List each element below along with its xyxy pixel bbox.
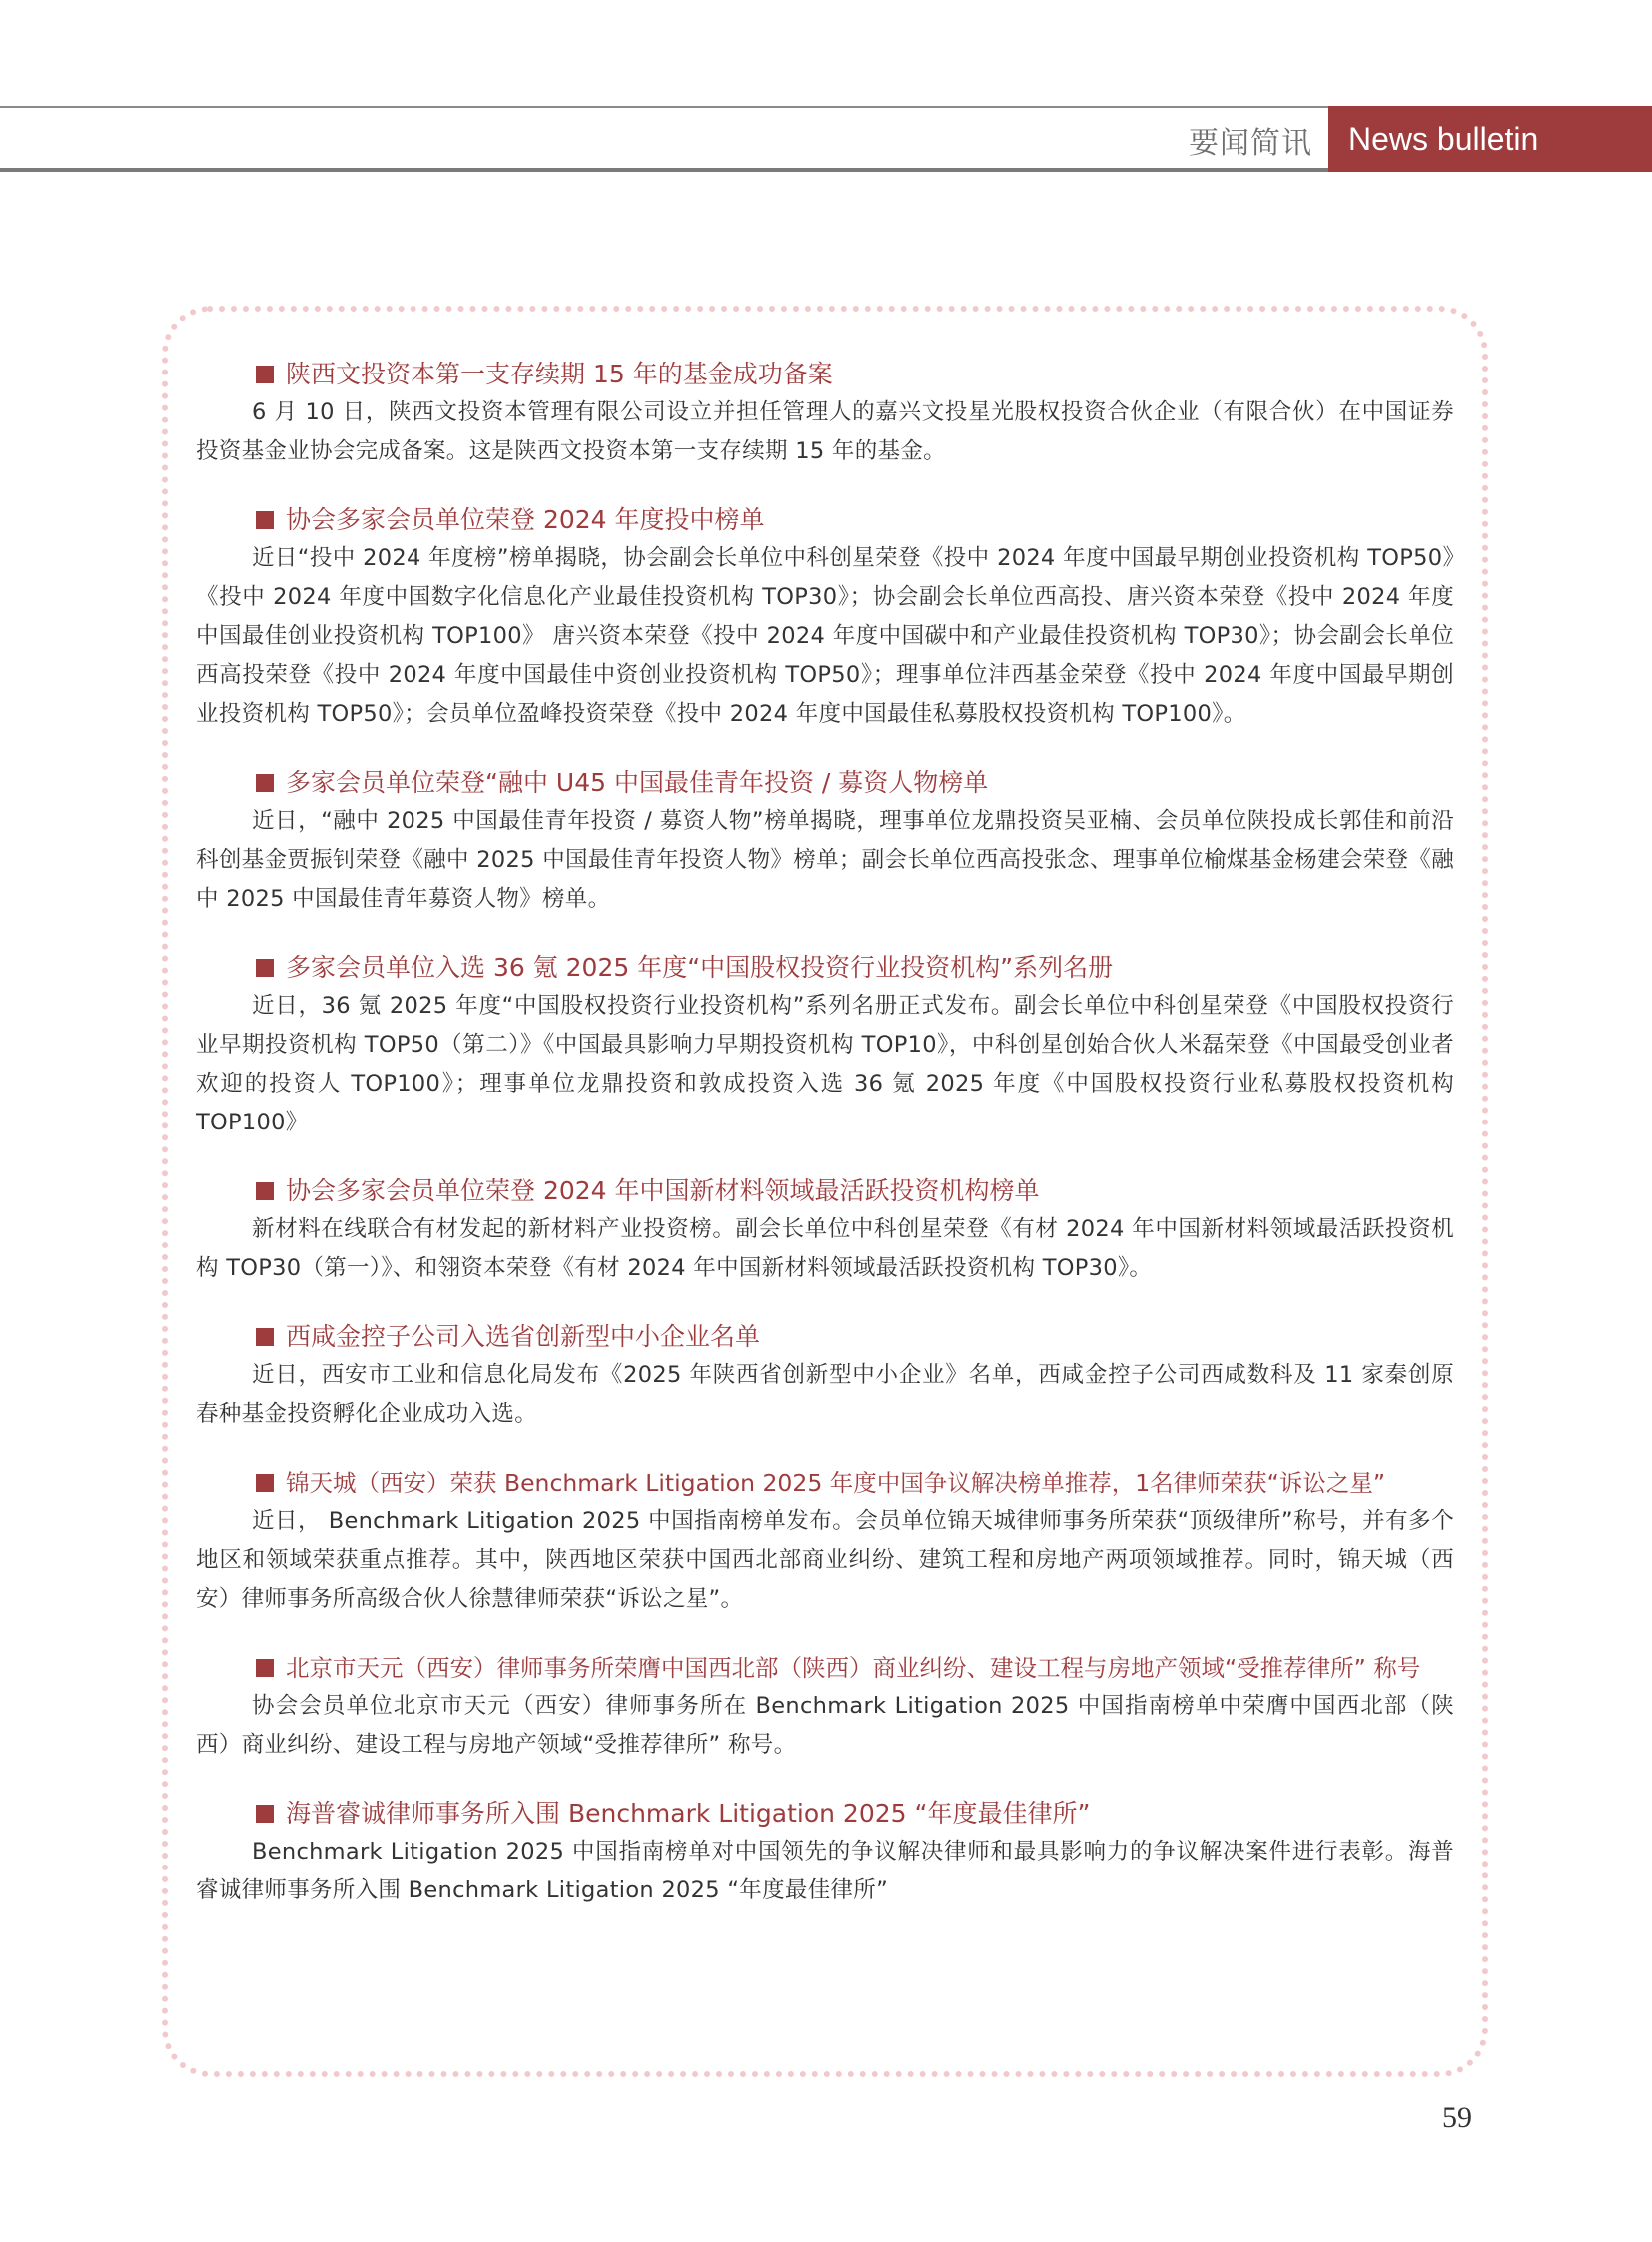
news-item-body: 协会会员单位北京市天元（西安）律师事务所在 Benchmark Litigati… <box>196 1687 1454 1765</box>
news-item-body: Benchmark Litigation 2025 中国指南榜单对中国领先的争议… <box>196 1833 1454 1910</box>
news-item-title: 协会多家会员单位荣登 2024 年度投中榜单 <box>196 501 1454 539</box>
square-bullet-icon <box>256 511 274 529</box>
news-item-title: 西咸金控子公司入选省创新型中小企业名单 <box>196 1318 1454 1356</box>
news-item-title: 北京市天元（西安）律师事务所荣膺中国西北部（陕西）商业纠纷、建设工程与房地产领域… <box>196 1649 1454 1687</box>
news-item-body: 6 月 10 日，陕西文投资本管理有限公司设立并担任管理人的嘉兴文投星光股权投资… <box>196 393 1454 471</box>
page-number: 59 <box>1442 2101 1472 2135</box>
news-list: 陕西文投资本第一支存续期 15 年的基金成功备案 6 月 10 日，陕西文投资本… <box>196 356 1454 1940</box>
news-item: 陕西文投资本第一支存续期 15 年的基金成功备案 6 月 10 日，陕西文投资本… <box>196 356 1454 471</box>
news-item-body: 新材料在线联合有材发起的新材料产业投资榜。副会长单位中科创星荣登《有材 2024… <box>196 1210 1454 1288</box>
news-item-body: 近日， Benchmark Litigation 2025 中国指南榜单发布。会… <box>196 1502 1454 1619</box>
header-bottom-rule <box>0 168 1328 172</box>
news-item-body: 近日，“融中 2025 中国最佳青年投资 / 募资人物”榜单揭晓，理事单位龙鼎投… <box>196 802 1454 919</box>
news-item-title: 多家会员单位入选 36 氪 2025 年度“中国股权投资行业投资机构”系列名册 <box>196 949 1454 987</box>
square-bullet-icon <box>256 1328 274 1346</box>
square-bullet-icon <box>256 959 274 977</box>
square-bullet-icon <box>256 1659 274 1677</box>
square-bullet-icon <box>256 1474 274 1492</box>
news-item: 协会多家会员单位荣登 2024 年中国新材料领域最活跃投资机构榜单 新材料在线联… <box>196 1172 1454 1288</box>
news-item: 锦天城（西安）荣获 Benchmark Litigation 2025 年度中国… <box>196 1464 1454 1619</box>
square-bullet-icon <box>256 774 274 792</box>
section-title-cn: 要闻简讯 <box>1189 118 1312 162</box>
news-item-title: 多家会员单位荣登“融中 U45 中国最佳青年投资 / 募资人物榜单 <box>196 764 1454 802</box>
section-title-en: News bulletin <box>1328 106 1652 172</box>
square-bullet-icon <box>256 1805 274 1823</box>
news-item-title: 陕西文投资本第一支存续期 15 年的基金成功备案 <box>196 356 1454 393</box>
news-item: 协会多家会员单位荣登 2024 年度投中榜单 近日“投中 2024 年度榜”榜单… <box>196 501 1454 734</box>
news-item-title: 协会多家会员单位荣登 2024 年中国新材料领域最活跃投资机构榜单 <box>196 1172 1454 1210</box>
news-item: 多家会员单位入选 36 氪 2025 年度“中国股权投资行业投资机构”系列名册 … <box>196 949 1454 1142</box>
news-item: 西咸金控子公司入选省创新型中小企业名单 近日，西安市工业和信息化局发布《2025… <box>196 1318 1454 1434</box>
news-item-body: 近日，西安市工业和信息化局发布《2025 年陕西省创新型中小企业》名单，西咸金控… <box>196 1356 1454 1434</box>
news-item: 海普睿诚律师事务所入围 Benchmark Litigation 2025 “年… <box>196 1795 1454 1910</box>
news-item-title: 锦天城（西安）荣获 Benchmark Litigation 2025 年度中国… <box>196 1464 1454 1502</box>
header-top-rule <box>0 106 1328 108</box>
news-item: 多家会员单位荣登“融中 U45 中国最佳青年投资 / 募资人物榜单 近日，“融中… <box>196 764 1454 919</box>
news-item: 北京市天元（西安）律师事务所荣膺中国西北部（陕西）商业纠纷、建设工程与房地产领域… <box>196 1649 1454 1765</box>
square-bullet-icon <box>256 1182 274 1200</box>
news-item-body: 近日，36 氪 2025 年度“中国股权投资行业投资机构”系列名册正式发布。副会… <box>196 987 1454 1142</box>
news-item-title: 海普睿诚律师事务所入围 Benchmark Litigation 2025 “年… <box>196 1795 1454 1833</box>
news-item-body: 近日“投中 2024 年度榜”榜单揭晓，协会副会长单位中科创星荣登《投中 202… <box>196 539 1454 734</box>
square-bullet-icon <box>256 366 274 383</box>
